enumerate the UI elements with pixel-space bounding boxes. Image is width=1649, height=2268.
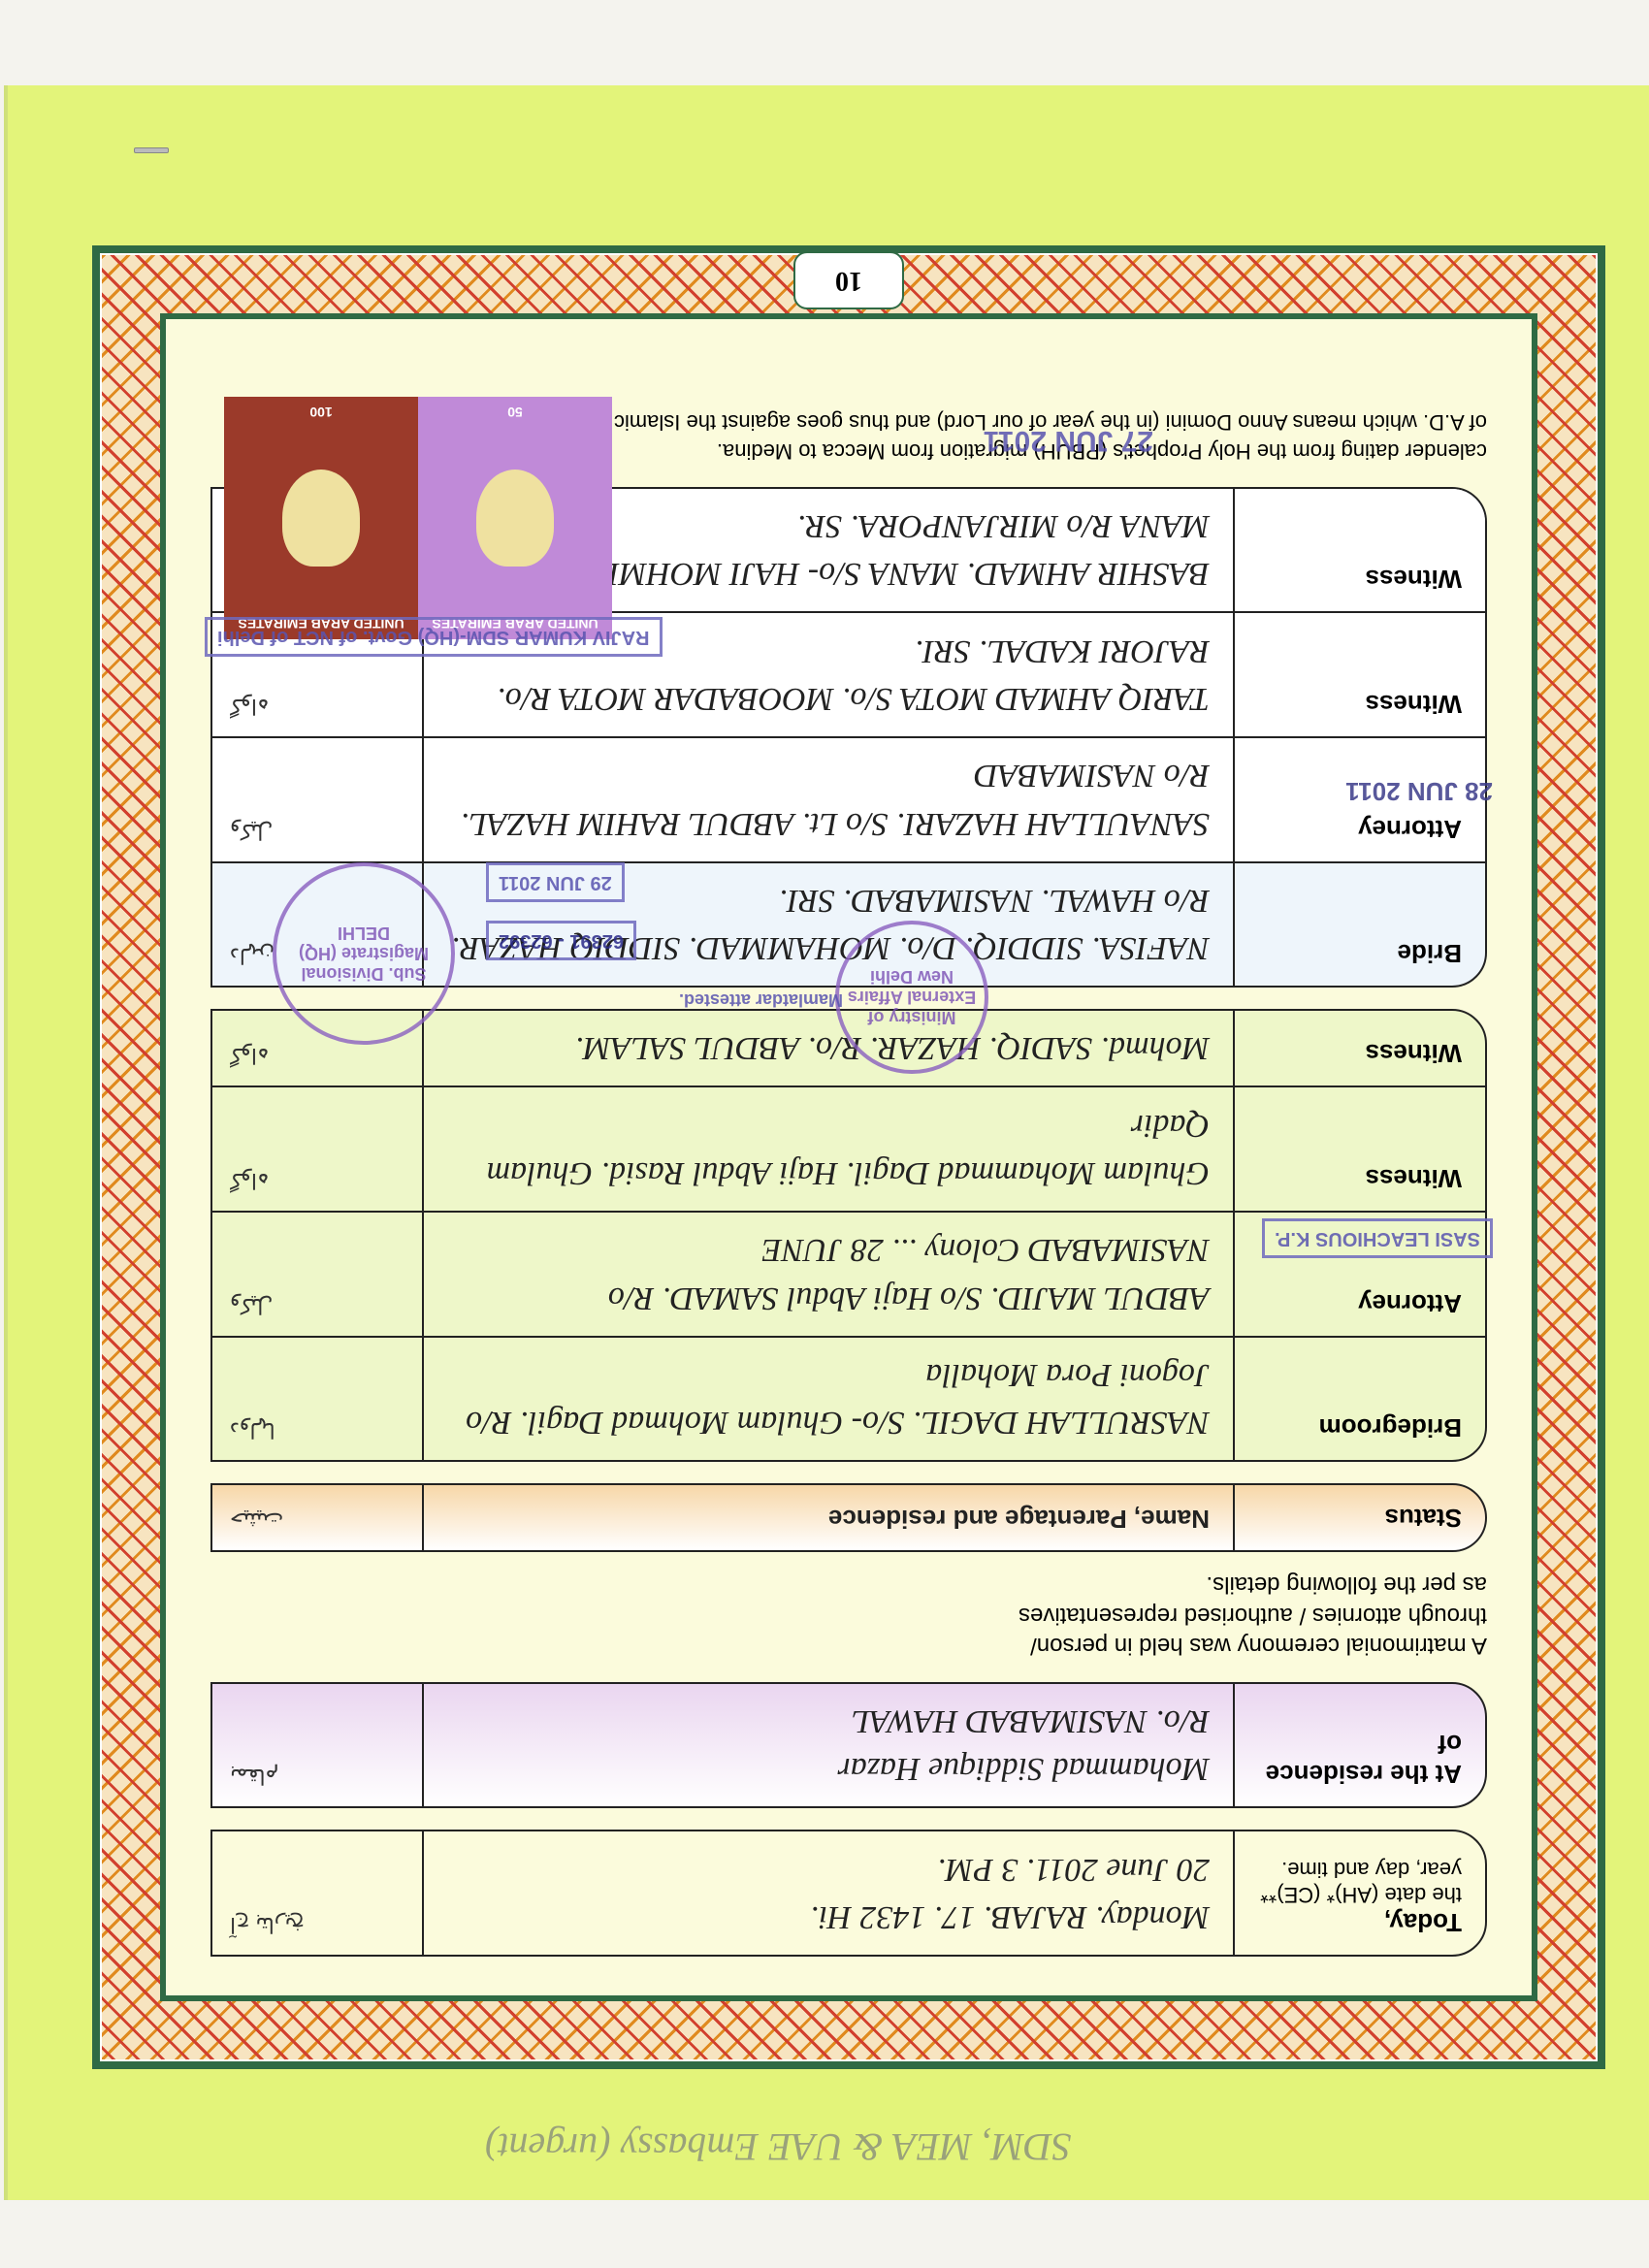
date-stamp-28: 28 JUN 2011 xyxy=(1336,770,1503,812)
uae-stamp: UNITED ARAB EMIRATES 100 xyxy=(224,397,418,639)
header-status: Status xyxy=(1233,1485,1485,1550)
party-row: Bridegroom NASRULLAH DAGIL. S/o- Ghulam … xyxy=(212,1336,1485,1461)
table-header: Status Name, Parentage and residence حیث… xyxy=(210,1483,1487,1552)
date-urdu: آج بتاریخ xyxy=(212,1831,424,1955)
uae-stamp: UNITED ARAB EMIRATES 50 xyxy=(418,397,612,639)
certificate-page: 10 Today, the date (AH)* (CE)** year, da… xyxy=(92,245,1605,2069)
ministry-seal: Ministry of External Affairs New Delhi xyxy=(835,921,988,1074)
residence-row: At the residence of Mohammad Siddique Ha… xyxy=(210,1682,1487,1809)
pencil-note: SDM, MEA & UAE Embassy (urgent) xyxy=(485,2124,1071,2170)
header-urdu: حیثیت xyxy=(212,1485,424,1550)
date-label: Today, the date (AH)* (CE)** year, day a… xyxy=(1233,1831,1485,1955)
date-row: Today, the date (AH)* (CE)** year, day a… xyxy=(210,1830,1487,1957)
reference-number: 62391 - 62392 xyxy=(486,921,636,960)
rajiv-stamp: RAJIV KUMAR SDM-(HQ) Govt. of NCT of Del… xyxy=(205,617,663,657)
officer-stamp: SASI LEACHIOUS K.P. xyxy=(1262,1218,1493,1258)
residence-urdu: بمقام xyxy=(212,1684,424,1807)
party-row: Witness Ghulam Mohammad Dagil. Haji Abdu… xyxy=(212,1085,1485,1211)
party-row: Attorney SANAULLAH HAZARI. S/o Lt. ABDUL… xyxy=(212,736,1485,861)
residence-value: Mohammad Siddique Hazar R/o. NASIMABAD H… xyxy=(424,1684,1233,1807)
ceremony-text: A matrimonial ceremony was held in perso… xyxy=(210,1570,1487,1661)
falcon-emblem-icon xyxy=(476,470,554,567)
date-stamp: 29 JUN 2011 xyxy=(486,862,625,902)
date-stamp-27: 27 JUN 2011 xyxy=(974,418,1163,463)
falcon-emblem-icon xyxy=(282,470,360,567)
revenue-stamps: UNITED ARAB EMIRATES 50 UNITED ARAB EMIR… xyxy=(224,397,612,639)
date-value: Monday. RAJAB. 17. 1432 Hi. 20 June 2011… xyxy=(424,1831,1233,1955)
page-number: 10 xyxy=(793,251,904,309)
staple xyxy=(134,147,169,153)
residence-label: At the residence of xyxy=(1233,1684,1485,1807)
sdm-seal: Sub. Divisional Magistrate (HQ) DELHI xyxy=(273,862,455,1045)
certificate-body: Today, the date (AH)* (CE)** year, day a… xyxy=(160,313,1537,2001)
attested-note: Mamlatdar attested. xyxy=(669,984,853,1016)
header-name: Name, Parentage and residence xyxy=(424,1485,1233,1550)
